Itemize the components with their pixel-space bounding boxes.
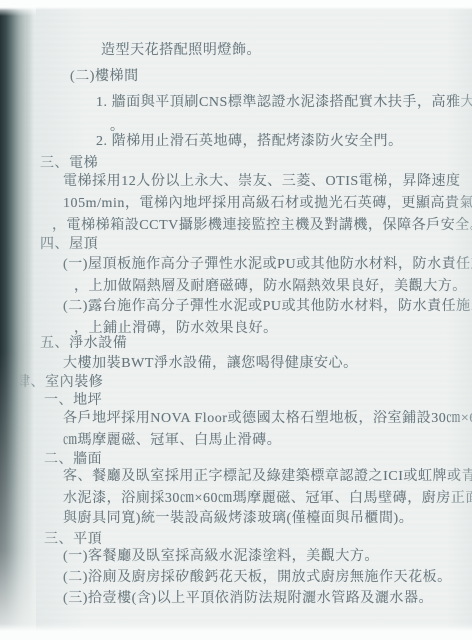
doc-section-heading: 三、電梯 xyxy=(40,155,98,173)
doc-line: 2. 階梯用止滑石英地磚，搭配烤漆防火安全門。 xyxy=(96,133,403,151)
scanned-page: 造型天花搭配照明燈飾。 (二)樓梯間 1. 牆面與平頂刷CNS標準認證水泥漆搭配… xyxy=(0,0,472,640)
doc-line: (一)屋頂板施作高分子彈性水泥或PU或其他防水材料，防水責任施工 xyxy=(63,256,472,274)
doc-line: 大樓加裝BWT淨水設備，讓您喝得健康安心。 xyxy=(63,355,358,373)
doc-line: ，上加做隔熱層及耐磨磁磚，防水隔熱效果良好，美觀大方。 xyxy=(74,278,467,296)
doc-section-heading: 四、屋頂 xyxy=(40,236,98,254)
doc-line: (一)客餐廳及臥室採高級水泥漆塗料，美觀大方。 xyxy=(63,548,379,566)
doc-section-heading: 一、地坪 xyxy=(44,392,102,410)
doc-section-heading: 二、牆面 xyxy=(44,451,102,469)
doc-line: ㎝瑪摩麗磁、冠軍、白馬止滑磚。 xyxy=(63,432,281,450)
doc-line: 造型天花搭配照明燈飾。 xyxy=(101,42,261,60)
doc-section-heading: 三、平頂 xyxy=(44,531,102,549)
scan-edge-top xyxy=(0,0,472,10)
doc-line: (二)露台施作高分子彈性水泥或PU或其他防水材料，防水責任施工 xyxy=(63,298,472,316)
doc-line: ，電梯梯箱設CCTV攝影機連接監控主機及對講機，保障各戶安全。 xyxy=(52,217,472,235)
doc-line: 客、餐廳及臥室採用正字標記及綠建築標章認證之ICI或虹牌或青葉 xyxy=(63,468,472,486)
scan-edge-bottom xyxy=(0,624,472,640)
doc-line: 1. 牆面與平頂刷CNS標準認證水泥漆搭配實木扶手，高雅大方 xyxy=(96,94,472,112)
doc-line: 水泥漆，浴廁採30㎝×60㎝瑪摩麗磁、冠軍、白馬壁磚，廚房正面( xyxy=(63,490,472,508)
doc-line: 與廚具同寬)統一裝設高級烤漆玻璃(僅檯面與吊櫃間)。 xyxy=(63,510,413,528)
doc-line: 105m/min，電梯內地坪採用高級石材或拋光石英磚，更顯高貴氣派 xyxy=(63,195,472,213)
doc-line: (二)樓梯間 xyxy=(70,68,139,86)
doc-line: (二)浴廁及廚房採矽酸鈣花天板，開放式廚房無施作天花板。 xyxy=(63,569,452,587)
doc-line: 各戶地坪採用NOVA Floor或德國太格石塑地板，浴室鋪設30㎝×60 xyxy=(63,410,472,428)
page-gutter-shadow xyxy=(0,0,36,640)
doc-line: (三)拾壹樓(含)以上平頂依消防法規附灑水管路及灑水器。 xyxy=(63,590,433,608)
doc-section-heading: 五、淨水設備 xyxy=(40,335,127,353)
doc-line: 電梯採用12人份以上永大、崇友、三菱、OTIS電梯，昇降速度 xyxy=(63,173,461,191)
